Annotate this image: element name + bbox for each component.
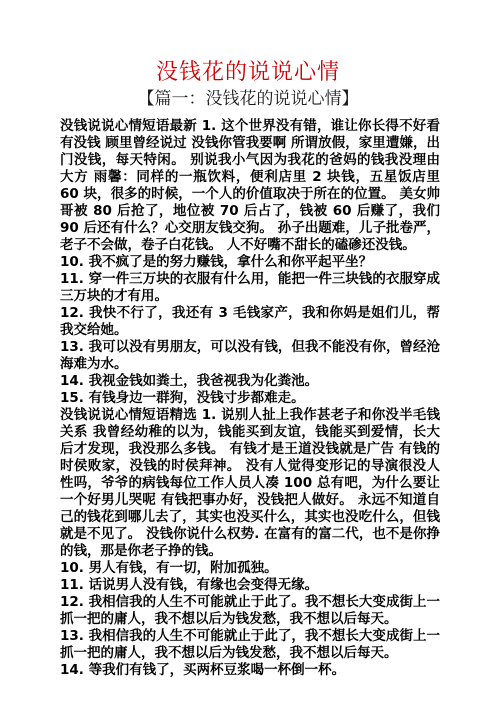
paragraph: 14. 等我们有钱了，买两杯豆浆喝一杯倒一杯。 bbox=[60, 662, 440, 679]
document-title: 没钱花的说说心情 bbox=[0, 58, 496, 86]
paragraph: 13. 我可以没有男朋友，可以没有钱，但我不能没有你，曾经沧海难为水。 bbox=[60, 339, 440, 373]
paragraph: 没钱说说心情短语精选 1. 说别人扯上我作甚老子和你没半毛钱关系 我曾经幼稚的以… bbox=[60, 407, 440, 560]
document-subtitle: 【篇一：没钱花的说说心情】 bbox=[0, 88, 496, 110]
paragraph: 15. 有钱身边一群狗，没钱寸步都难走。 bbox=[60, 390, 440, 407]
paragraph: 14. 我视金钱如粪土，我爸视我为化粪池。 bbox=[60, 373, 440, 390]
paragraph: 没钱说说心情短语最新 1. 这个世界没有错，谁让你长得不好看有没钱 顾里曾经说过… bbox=[60, 118, 440, 254]
document-body: 没钱说说心情短语最新 1. 这个世界没有错，谁让你长得不好看有没钱 顾里曾经说过… bbox=[60, 118, 440, 679]
document-page: 没钱花的说说心情 【篇一：没钱花的说说心情】 没钱说说心情短语最新 1. 这个世… bbox=[0, 0, 496, 702]
paragraph: 12. 我快不行了，我还有 3 毛钱家产，我和你妈是姐们儿，帮我交给她。 bbox=[60, 305, 440, 339]
paragraph: 10. 男人有钱，有一切，附加孤独。 bbox=[60, 560, 440, 577]
paragraph: 11. 穿一件三万块的衣服有什么用，能把一件三块钱的衣服穿成三万块的才有用。 bbox=[60, 271, 440, 305]
paragraph: 10. 我不疯了是的努力赚钱，拿什么和你平起平坐？ bbox=[60, 254, 440, 271]
paragraph: 12. 我相信我的人生不可能就止于此了。我不想长大变成街上一抓一把的庸人，我不想… bbox=[60, 594, 440, 628]
paragraph: 13. 我相信我的人生不可能就止于此了，我不想长大变成街上一抓一把的庸人，我不想… bbox=[60, 628, 440, 662]
paragraph: 11. 话说男人没有钱，有缘也会变得无缘。 bbox=[60, 577, 440, 594]
